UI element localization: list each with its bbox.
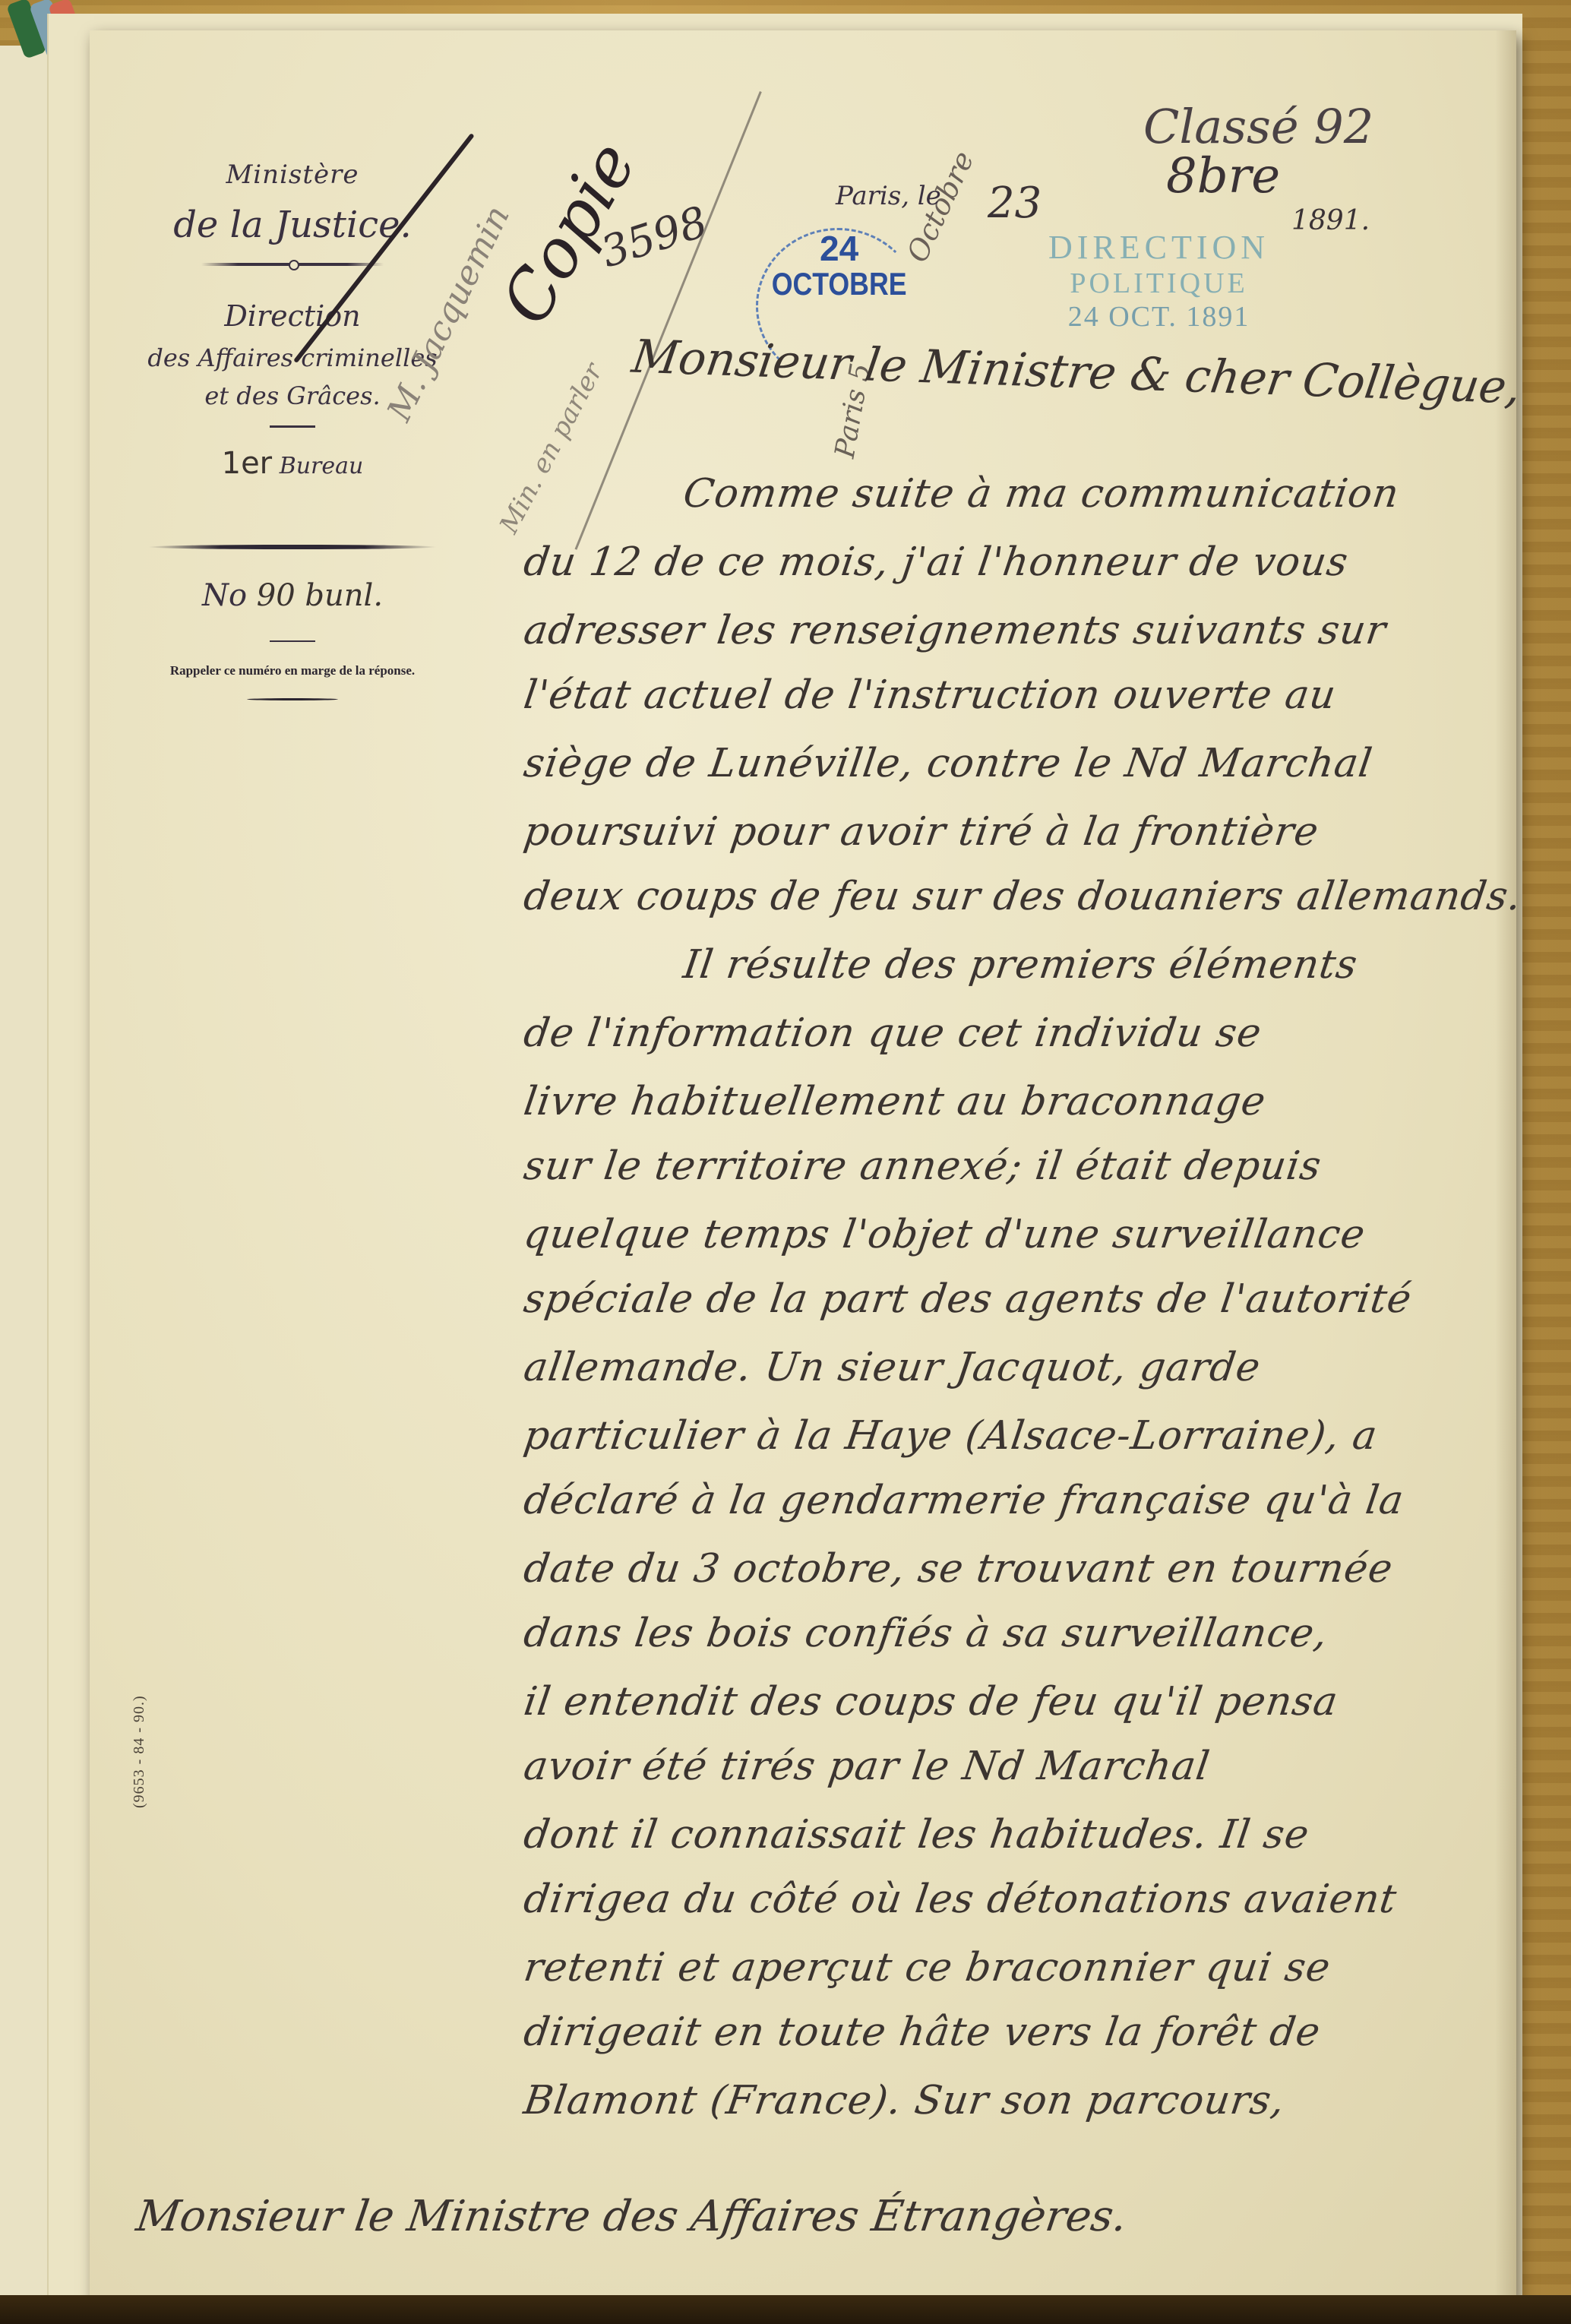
- bottom-shadow: [0, 2295, 1571, 2324]
- ministry-line1: Ministère: [114, 160, 471, 190]
- letter-line: sur le territoire annexé; il était depui…: [521, 1143, 1325, 1189]
- letter-line: déclaré à la gendarmerie française qu'à …: [521, 1478, 1407, 1523]
- received-stamp-month: OCTOBRE: [772, 266, 907, 302]
- dateline-place: Paris, le: [836, 181, 941, 211]
- letter-line: il entendit des coups de feu qu'il pensa: [521, 1679, 1341, 1725]
- letter-line: l'état actuel de l'instruction ouverte a…: [521, 672, 1339, 718]
- bureau-number: 1er: [222, 446, 273, 481]
- letter-line: livre habituellement au braconnage: [521, 1079, 1269, 1124]
- letter-line: siège de Lunéville, contre le Nd Marchal: [521, 741, 1376, 786]
- letter-line: dans les bois confiés à sa surveillance,: [521, 1611, 1331, 1656]
- stamp-line2: POLITIQUE: [1048, 267, 1269, 300]
- short-divider-2: [270, 640, 315, 642]
- letter-line: avoir été tirés par le Nd Marchal: [521, 1744, 1213, 1789]
- letter-line: du 12 de ce mois, j'ai l'honneur de vous: [521, 539, 1351, 585]
- letter-line: particulier à la Haye (Alsace-Lorraine),…: [521, 1413, 1380, 1459]
- letter-line: deux coups de feu sur des douaniers alle…: [521, 874, 1525, 919]
- letter-line: de l'information que cet individu se: [521, 1010, 1265, 1056]
- letter-line: adresser les renseignements suivants sur: [521, 608, 1389, 653]
- letter-line: retenti et aperçut ce braconnier qui se: [521, 1945, 1334, 1990]
- ministry-line2: de la Justice.: [114, 204, 471, 246]
- addressee: Monsieur le Ministre des Affaires Étrang…: [133, 2192, 1130, 2241]
- bureau-line: 1er Bureau: [114, 446, 471, 481]
- letter-line: Blamont (France). Sur son parcours,: [521, 2078, 1288, 2123]
- stamp-line3: 24 OCT. 1891: [1048, 300, 1269, 334]
- letterhead: Ministère de la Justice. Direction des A…: [114, 160, 471, 700]
- file-number-line: No 90 bunl.: [114, 578, 471, 613]
- received-stamp-day: 24: [760, 228, 918, 269]
- print-code: (9653 - 84 - 90.): [131, 1695, 148, 1808]
- dateline-day: 23: [988, 179, 1042, 228]
- letter-line: Il résulte des premiers éléments: [681, 942, 1361, 988]
- direction-title: Direction: [114, 299, 471, 333]
- ornament-divider: [201, 263, 384, 266]
- letter-line: Comme suite à ma communication: [681, 471, 1402, 517]
- classe-annotation: Classé 92: [1143, 99, 1373, 154]
- letter-line: poursuivi pour avoir tiré à la frontière: [521, 809, 1322, 855]
- stamp-line1: DIRECTION: [1048, 228, 1269, 267]
- letter-line: date du 3 octobre, se trouvant en tourné…: [521, 1546, 1396, 1592]
- letter-line: allemande. Un sieur Jacquot, garde: [521, 1345, 1263, 1390]
- dateline-month: 8bre: [1166, 148, 1280, 204]
- letter-line: dirigeait en toute hâte vers la forêt de: [521, 2009, 1323, 2055]
- letter-line: quelque temps l'objet d'une surveillance: [521, 1212, 1368, 1257]
- letter-line: spéciale de la part des agents de l'auto…: [521, 1276, 1415, 1322]
- received-stamp: 24 OCTOBRE: [760, 228, 918, 302]
- dateline-year: 1891.: [1291, 205, 1370, 236]
- ornament-divider-3: [247, 698, 338, 700]
- bureau-label: Bureau: [280, 453, 364, 479]
- letter-line: dirigea du côté où les détonations avaie…: [521, 1877, 1400, 1922]
- reminder-note: Rappeler ce numéro en marge de la répons…: [114, 663, 471, 678]
- file-number: 90 bunl.: [257, 578, 383, 613]
- file-number-prefix: No: [202, 578, 247, 613]
- short-divider: [270, 425, 315, 428]
- ornament-divider-2: [148, 545, 437, 549]
- direction-politique-stamp: DIRECTION POLITIQUE 24 OCT. 1891: [1048, 228, 1269, 334]
- letter-line: dont il connaissait les habitudes. Il se: [521, 1812, 1313, 1858]
